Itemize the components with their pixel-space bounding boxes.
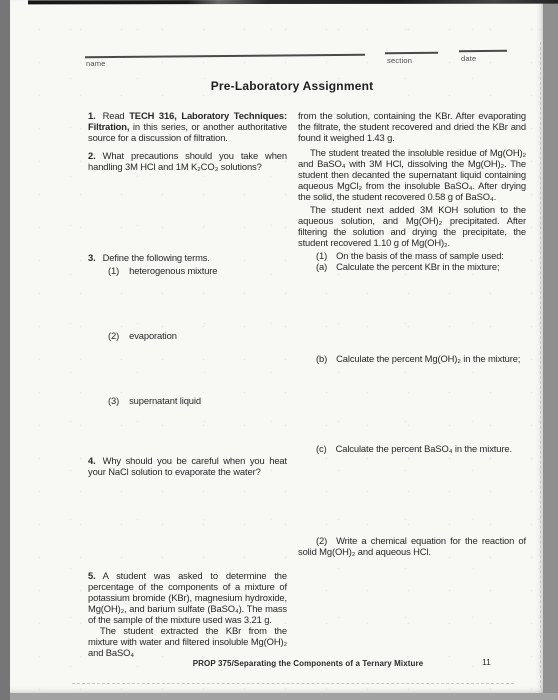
item-1c: (c)Calculate the percent BaSO₄ in the mi… [298, 443, 526, 454]
worksheet-page: name section date Pre-Laboratory Assignm… [10, 0, 543, 693]
question-3-term-1: (1)heterogenous mixture [88, 265, 287, 276]
item-1b-label: (b) [316, 353, 327, 364]
footer-title: PROP 375/Separating the Components of a … [78, 659, 538, 668]
question-2-text: What precautions should you take when ha… [88, 150, 287, 172]
item-1b-text: Calculate the percent Mg(OH)₂ in the mix… [336, 353, 520, 364]
term-2-text: evaporation [129, 330, 177, 341]
question-5-paragraph-1: A student was asked to determine the per… [88, 570, 287, 625]
question-3: 3.Define the following terms. [88, 252, 287, 263]
scan-edge-left [0, 0, 10, 700]
question-5-number: 5. [88, 570, 96, 581]
item-1a: (a)Calculate the percent KBr in the mixt… [298, 261, 526, 272]
continuation-paragraph: from the solution, containing the KBr. A… [298, 110, 526, 143]
left-column: 1.Read TECH 316, Laboratory Techniques: … [88, 110, 287, 658]
bottom-scan-crease [72, 683, 514, 684]
item-2-text: Write a chemical equation for the reacti… [298, 535, 526, 557]
page-edge-line [540, 42, 541, 688]
question-2: 2.What precautions should you take when … [88, 150, 287, 172]
question-5: 5.A student was asked to determine the p… [88, 570, 287, 625]
question-2-number: 2. [88, 150, 96, 161]
question-4-number: 4. [88, 455, 96, 466]
scan-edge-bottom [10, 693, 558, 700]
question-3-term-3: (3)supernatant liquid [88, 395, 287, 406]
scan-edge-right [543, 0, 558, 700]
question-4-text: Why should you be careful when you heat … [88, 455, 287, 477]
item-1c-text: Calculate the percent BaSO₄ in the mixtu… [336, 443, 512, 454]
question-1-lead: Read [103, 110, 130, 121]
paragraph-hcl-treatment: The student treated the insoluble residu… [298, 147, 526, 202]
question-3-term-2: (2)evaporation [88, 330, 287, 341]
page-number: 11 [482, 657, 491, 667]
item-1b: (b)Calculate the percent Mg(OH)₂ in the … [298, 353, 526, 364]
item-1: (1)On the basis of the mass of sample us… [298, 250, 526, 261]
date-blank-line [459, 50, 507, 52]
question-4: 4.Why should you be careful when you hea… [88, 455, 287, 477]
name-label: name [86, 59, 106, 68]
name-blank-line [85, 54, 365, 58]
right-column: from the solution, containing the KBr. A… [298, 110, 526, 557]
item-1a-text: Calculate the percent KBr in the mixture… [336, 261, 499, 272]
question-1: 1.Read TECH 316, Laboratory Techniques: … [88, 110, 287, 143]
term-3-label: (3) [108, 395, 119, 406]
item-1-text: On the basis of the mass of sample used: [336, 250, 504, 261]
item-2: (2)Write a chemical equation for the rea… [298, 535, 526, 557]
item-1-label: (1) [316, 250, 327, 261]
term-2-label: (2) [108, 330, 119, 341]
date-label: date [461, 54, 476, 63]
term-3-text: supernatant liquid [129, 395, 201, 406]
term-1-label: (1) [108, 265, 119, 276]
section-label: section [387, 56, 412, 65]
question-3-text: Define the following terms. [103, 252, 210, 263]
item-2-label: (2) [316, 535, 327, 546]
question-3-number: 3. [88, 252, 96, 263]
item-1c-label: (c) [316, 443, 327, 454]
section-blank-line [385, 52, 438, 54]
item-1a-label: (a) [316, 261, 327, 272]
scanned-worksheet: name section date Pre-Laboratory Assignm… [0, 0, 558, 700]
question-1-number: 1. [88, 110, 96, 121]
question-5-paragraph-2: The student extracted the KBr from the m… [88, 625, 287, 658]
scan-edge-top-line [28, 0, 558, 4]
page-title: Pre-Laboratory Assignment [72, 79, 512, 93]
term-1-text: heterogenous mixture [129, 265, 217, 276]
paragraph-koh-addition: The student next added 3M KOH solution t… [298, 204, 526, 248]
